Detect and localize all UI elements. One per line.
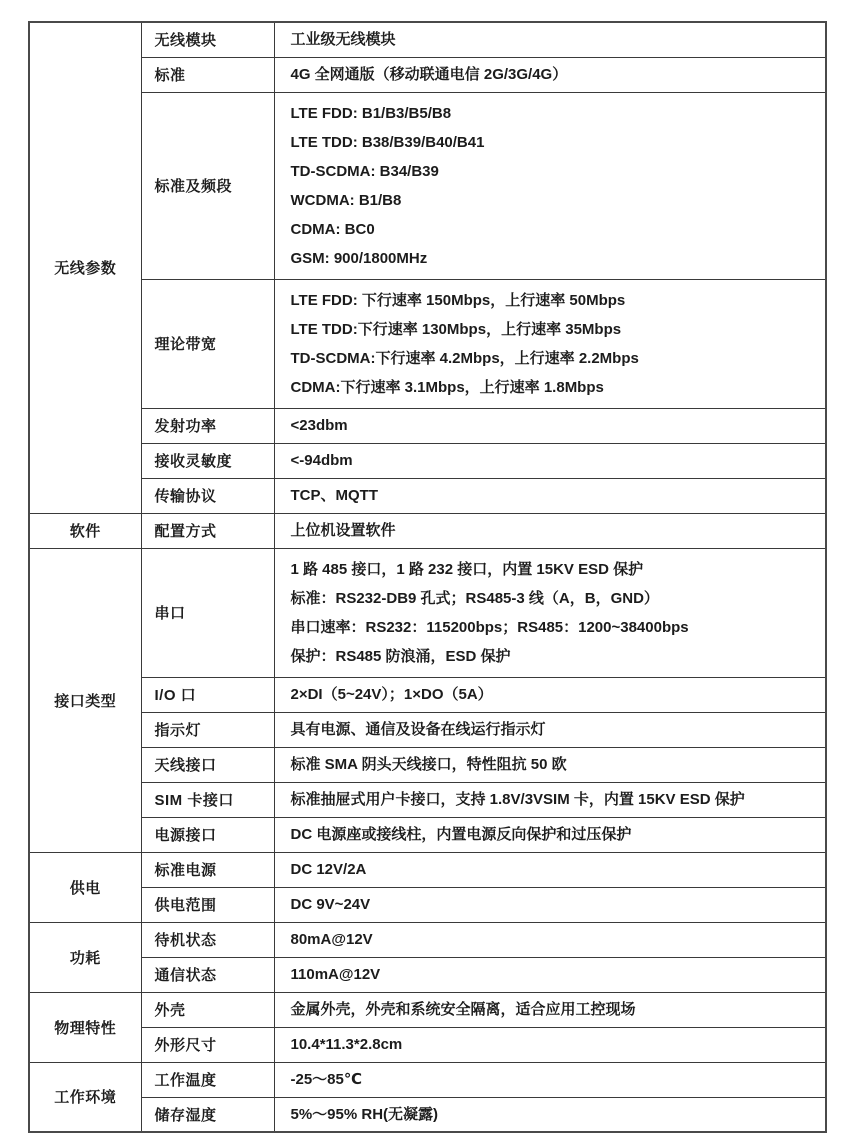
value-line: 保护：RS485 防浪涌，ESD 保护 <box>291 642 818 671</box>
spec-row: 理论带宽LTE FDD: 下行速率 150Mbps，上行速率 50MbpsLTE… <box>29 279 826 408</box>
spec-row: I/O 口2×DI（5~24V）；1×DO（5A） <box>29 677 826 712</box>
spec-row: 无线参数无线模块工业级无线模块 <box>29 22 826 57</box>
spec-row: 物理特性外壳金属外壳，外壳和系统安全隔离，适合应用工控现场 <box>29 992 826 1027</box>
spec-row: 供电标准电源DC 12V/2A <box>29 852 826 887</box>
value-cell: DC 9V~24V <box>274 887 826 922</box>
value-line: 110mA@12V <box>291 960 818 989</box>
value-line: 4G 全网通版（移动联通电信 2G/3G/4G） <box>291 60 818 89</box>
spec-row: 接口类型串口1 路 485 接口，1 路 232 接口，内置 15KV ESD … <box>29 548 826 677</box>
parameter-cell: 外形尺寸 <box>141 1027 274 1062</box>
parameter-cell: 传输协议 <box>141 478 274 513</box>
value-cell: DC 12V/2A <box>274 852 826 887</box>
spec-row: 电源接口DC 电源座或接线柱，内置电源反向保护和过压保护 <box>29 817 826 852</box>
value-cell: -25～85℃ <box>274 1062 826 1097</box>
value-line: 具有电源、通信及设备在线运行指示灯 <box>291 715 818 744</box>
spec-row: 传输协议TCP、MQTT <box>29 478 826 513</box>
value-line: 上位机设置软件 <box>291 516 818 545</box>
parameter-cell: SIM 卡接口 <box>141 782 274 817</box>
value-cell: 10.4*11.3*2.8cm <box>274 1027 826 1062</box>
parameter-cell: 配置方式 <box>141 513 274 548</box>
value-cell: TCP、MQTT <box>274 478 826 513</box>
value-cell: 金属外壳，外壳和系统安全隔离，适合应用工控现场 <box>274 992 826 1027</box>
value-cell: 2×DI（5~24V）；1×DO（5A） <box>274 677 826 712</box>
spec-row: 通信状态110mA@12V <box>29 957 826 992</box>
spec-row: 标准及频段LTE FDD: B1/B3/B5/B8LTE TDD: B38/B3… <box>29 92 826 279</box>
parameter-cell: 通信状态 <box>141 957 274 992</box>
value-line: TD-SCDMA:下行速率 4.2Mbps，上行速率 2.2Mbps <box>291 344 818 373</box>
parameter-cell: 理论带宽 <box>141 279 274 408</box>
value-cell: 标准 SMA 阴头天线接口，特性阻抗 50 欧 <box>274 747 826 782</box>
spec-row: 外形尺寸10.4*11.3*2.8cm <box>29 1027 826 1062</box>
spec-table: 无线参数无线模块工业级无线模块标准4G 全网通版（移动联通电信 2G/3G/4G… <box>28 21 827 1133</box>
parameter-cell: 标准电源 <box>141 852 274 887</box>
value-cell: DC 电源座或接线柱，内置电源反向保护和过压保护 <box>274 817 826 852</box>
category-cell: 供电 <box>29 852 141 922</box>
value-cell: 标准抽屉式用户卡接口，支持 1.8V/3VSIM 卡，内置 15KV ESD 保… <box>274 782 826 817</box>
spec-row: 功耗待机状态80mA@12V <box>29 922 826 957</box>
value-line: WCDMA: B1/B8 <box>291 186 818 215</box>
value-line: DC 12V/2A <box>291 855 818 884</box>
spec-row: 发射功率<23dbm <box>29 408 826 443</box>
value-cell: 工业级无线模块 <box>274 22 826 57</box>
value-line: DC 电源座或接线柱，内置电源反向保护和过压保护 <box>291 820 818 849</box>
category-cell: 工作环境 <box>29 1062 141 1132</box>
parameter-cell: 电源接口 <box>141 817 274 852</box>
value-line: -25～85℃ <box>291 1065 818 1094</box>
value-cell: LTE FDD: 下行速率 150Mbps，上行速率 50MbpsLTE TDD… <box>274 279 826 408</box>
value-cell: 5%～95% RH(无凝露) <box>274 1097 826 1132</box>
value-cell: 具有电源、通信及设备在线运行指示灯 <box>274 712 826 747</box>
value-line: LTE TDD: B38/B39/B40/B41 <box>291 128 818 157</box>
value-line: LTE FDD: 下行速率 150Mbps，上行速率 50Mbps <box>291 286 818 315</box>
parameter-cell: 发射功率 <box>141 408 274 443</box>
value-line: 串口速率：RS232：115200bps；RS485：1200~38400bps <box>291 613 818 642</box>
value-line: <-94dbm <box>291 446 818 475</box>
parameter-cell: 指示灯 <box>141 712 274 747</box>
spec-row: 工作环境工作温度-25～85℃ <box>29 1062 826 1097</box>
spec-row: 供电范围DC 9V~24V <box>29 887 826 922</box>
value-line: GSM: 900/1800MHz <box>291 244 818 273</box>
spec-table-body: 无线参数无线模块工业级无线模块标准4G 全网通版（移动联通电信 2G/3G/4G… <box>29 22 826 1132</box>
value-cell: 4G 全网通版（移动联通电信 2G/3G/4G） <box>274 57 826 92</box>
value-line: LTE TDD:下行速率 130Mbps，上行速率 35Mbps <box>291 315 818 344</box>
parameter-cell: 储存湿度 <box>141 1097 274 1132</box>
value-line: 工业级无线模块 <box>291 25 818 54</box>
spec-row: 天线接口标准 SMA 阴头天线接口，特性阻抗 50 欧 <box>29 747 826 782</box>
spec-row: 接收灵敏度<-94dbm <box>29 443 826 478</box>
parameter-cell: 标准及频段 <box>141 92 274 279</box>
value-line: DC 9V~24V <box>291 890 818 919</box>
value-line: LTE FDD: B1/B3/B5/B8 <box>291 99 818 128</box>
value-cell: 上位机设置软件 <box>274 513 826 548</box>
value-line: CDMA:下行速率 3.1Mbps，上行速率 1.8Mbps <box>291 373 818 402</box>
value-cell: LTE FDD: B1/B3/B5/B8LTE TDD: B38/B39/B40… <box>274 92 826 279</box>
category-cell: 软件 <box>29 513 141 548</box>
spec-row: 软件配置方式上位机设置软件 <box>29 513 826 548</box>
category-cell: 接口类型 <box>29 548 141 852</box>
spec-row: 储存湿度5%～95% RH(无凝露) <box>29 1097 826 1132</box>
parameter-cell: 天线接口 <box>141 747 274 782</box>
category-cell: 物理特性 <box>29 992 141 1062</box>
value-line: 1 路 485 接口，1 路 232 接口，内置 15KV ESD 保护 <box>291 555 818 584</box>
value-line: 2×DI（5~24V）；1×DO（5A） <box>291 680 818 709</box>
value-line: <23dbm <box>291 411 818 440</box>
value-line: TCP、MQTT <box>291 481 818 510</box>
category-cell: 功耗 <box>29 922 141 992</box>
value-line: TD-SCDMA: B34/B39 <box>291 157 818 186</box>
spec-row: 标准4G 全网通版（移动联通电信 2G/3G/4G） <box>29 57 826 92</box>
parameter-cell: 接收灵敏度 <box>141 443 274 478</box>
value-cell: 80mA@12V <box>274 922 826 957</box>
value-line: 标准：RS232-DB9 孔式；RS485-3 线（A，B，GND） <box>291 584 818 613</box>
value-cell: <23dbm <box>274 408 826 443</box>
spec-row: 指示灯具有电源、通信及设备在线运行指示灯 <box>29 712 826 747</box>
parameter-cell: 外壳 <box>141 992 274 1027</box>
spec-sheet-page: 无线参数无线模块工业级无线模块标准4G 全网通版（移动联通电信 2G/3G/4G… <box>0 0 850 1145</box>
value-line: 5%～95% RH(无凝露) <box>291 1100 818 1129</box>
parameter-cell: 工作温度 <box>141 1062 274 1097</box>
parameter-cell: 串口 <box>141 548 274 677</box>
value-cell: <-94dbm <box>274 443 826 478</box>
spec-row: SIM 卡接口标准抽屉式用户卡接口，支持 1.8V/3VSIM 卡，内置 15K… <box>29 782 826 817</box>
parameter-cell: 标准 <box>141 57 274 92</box>
parameter-cell: 无线模块 <box>141 22 274 57</box>
value-line: CDMA: BC0 <box>291 215 818 244</box>
value-cell: 1 路 485 接口，1 路 232 接口，内置 15KV ESD 保护标准：R… <box>274 548 826 677</box>
value-line: 金属外壳，外壳和系统安全隔离，适合应用工控现场 <box>291 995 818 1024</box>
value-line: 10.4*11.3*2.8cm <box>291 1030 818 1059</box>
parameter-cell: I/O 口 <box>141 677 274 712</box>
value-cell: 110mA@12V <box>274 957 826 992</box>
value-line: 标准抽屉式用户卡接口，支持 1.8V/3VSIM 卡，内置 15KV ESD 保… <box>291 785 818 814</box>
parameter-cell: 待机状态 <box>141 922 274 957</box>
value-line: 标准 SMA 阴头天线接口，特性阻抗 50 欧 <box>291 750 818 779</box>
value-line: 80mA@12V <box>291 925 818 954</box>
parameter-cell: 供电范围 <box>141 887 274 922</box>
category-cell: 无线参数 <box>29 22 141 513</box>
